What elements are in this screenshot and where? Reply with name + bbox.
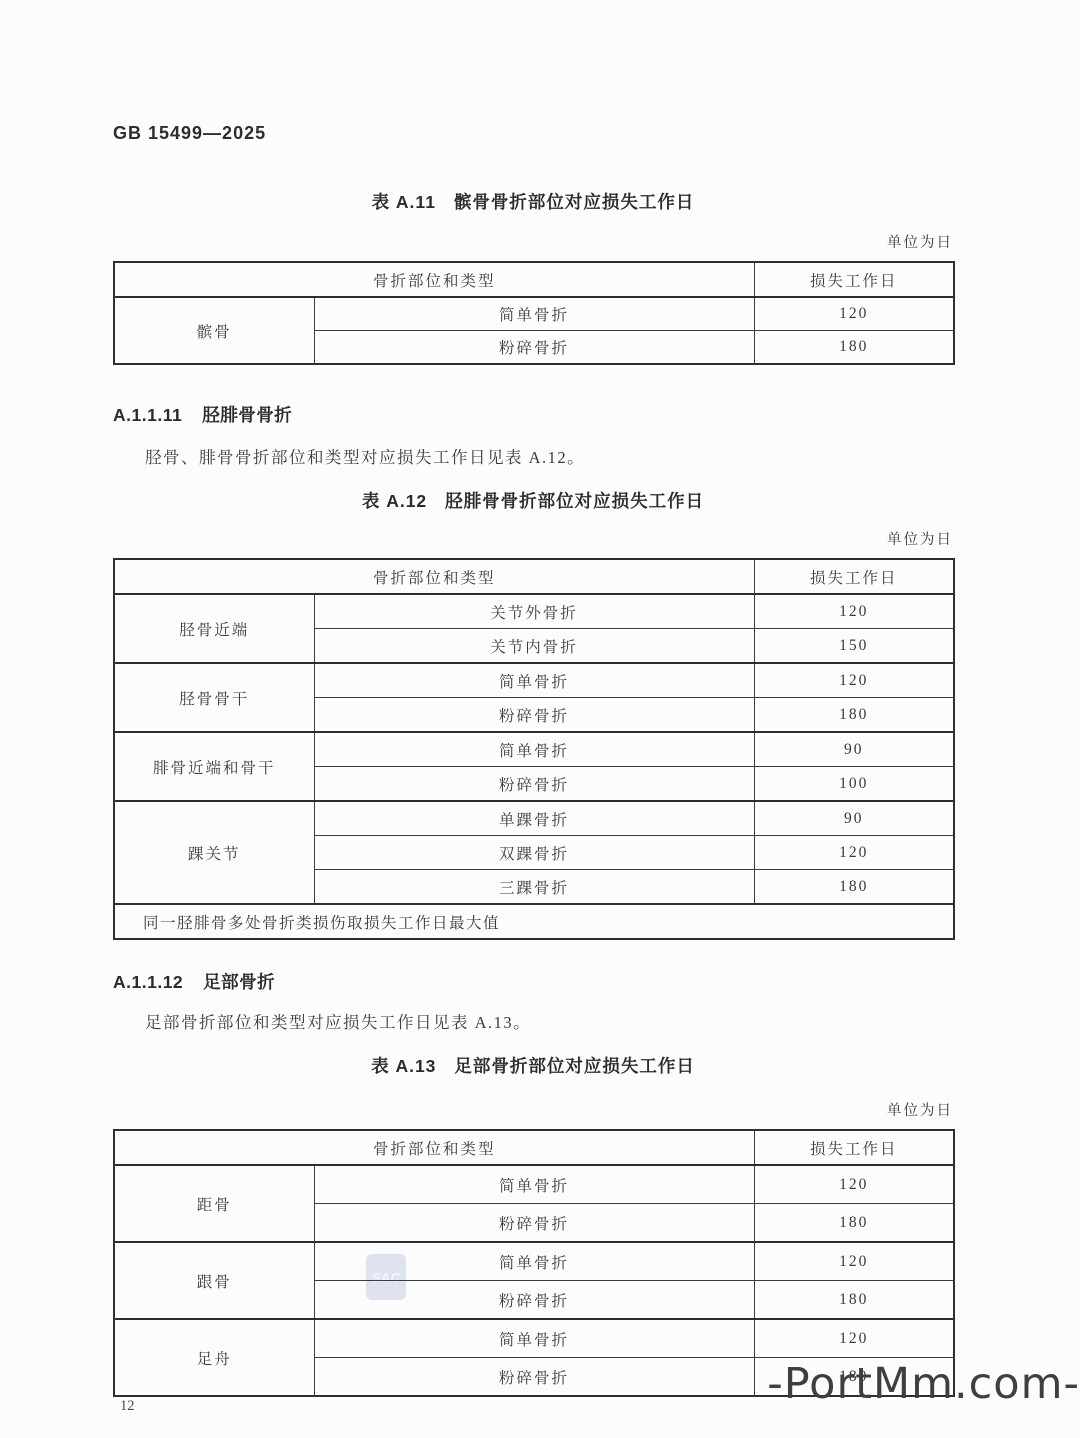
- unit-note-a12: 单位为日: [113, 531, 953, 549]
- table-row: 足舟 简单骨折 120: [114, 1319, 954, 1358]
- type-cell: 简单骨折: [314, 732, 754, 767]
- footnote-cell: 同一胫腓骨多处骨折类损伤取损失工作日最大值: [114, 904, 954, 939]
- site-cell: 胫骨骨干: [114, 663, 314, 732]
- days-cell: 180: [754, 698, 954, 733]
- site-cell: 胫骨近端: [114, 594, 314, 663]
- days-cell: 90: [754, 732, 954, 767]
- type-cell: 粉碎骨折: [314, 1204, 754, 1243]
- portmm-watermark: -PortMm.com-: [767, 1360, 1080, 1408]
- type-cell: 三踝骨折: [314, 870, 754, 905]
- col-header-part-type: 骨折部位和类型: [114, 559, 754, 594]
- type-cell: 粉碎骨折: [314, 698, 754, 733]
- days-cell: 180: [754, 1204, 954, 1243]
- days-cell: 180: [754, 1281, 954, 1320]
- table-row: 胫骨近端 关节外骨折 120: [114, 594, 954, 629]
- page-content: GB 15499—2025 表 A.11 髌骨骨折部位对应损失工作日 单位为日 …: [113, 122, 953, 1397]
- days-cell: 120: [754, 836, 954, 870]
- table-row: 胫骨骨干 简单骨折 120: [114, 663, 954, 698]
- table-footnote-row: 同一胫腓骨多处骨折类损伤取损失工作日最大值: [114, 904, 954, 939]
- section-paragraph: 胫骨、腓骨骨折部位和类型对应损失工作日见表 A.12。: [113, 447, 953, 469]
- section-paragraph: 足部骨折部位和类型对应损失工作日见表 A.13。: [113, 1012, 953, 1034]
- section-heading-a1-1-12: A.1.1.12 足部骨折: [113, 970, 953, 994]
- type-cell: 简单骨折: [314, 663, 754, 698]
- type-cell: 双踝骨折: [314, 836, 754, 870]
- col-header-lost-days: 损失工作日: [754, 559, 954, 594]
- document-code: GB 15499—2025: [113, 122, 953, 144]
- page-number: 12: [120, 1398, 135, 1415]
- site-cell: 足舟: [114, 1319, 314, 1396]
- section-title: 足部骨折: [203, 970, 275, 994]
- table-a12: 骨折部位和类型 损失工作日 胫骨近端 关节外骨折 120 关节内骨折 150 胫…: [113, 558, 955, 940]
- type-cell: 简单骨折: [314, 1319, 754, 1358]
- type-cell: 粉碎骨折: [314, 1358, 754, 1397]
- col-header-part-type: 骨折部位和类型: [114, 1130, 754, 1165]
- table-a13-caption: 表 A.13 足部骨折部位对应损失工作日: [113, 1054, 953, 1078]
- table-row: 距骨 简单骨折 120: [114, 1165, 954, 1204]
- col-header-lost-days: 损失工作日: [754, 262, 954, 297]
- type-cell: 简单骨折: [314, 1165, 754, 1204]
- type-cell: 关节外骨折: [314, 594, 754, 629]
- table-a13-title-text: 足部骨折部位对应损失工作日: [454, 1054, 695, 1078]
- days-cell: 180: [754, 870, 954, 905]
- site-cell: 距骨: [114, 1165, 314, 1242]
- site-cell: 踝关节: [114, 801, 314, 904]
- days-cell: 120: [754, 594, 954, 629]
- table-row: 踝关节 单踝骨折 90: [114, 801, 954, 836]
- site-cell: 髌骨: [114, 297, 314, 364]
- table-a11-caption: 表 A.11 髌骨骨折部位对应损失工作日: [113, 190, 953, 214]
- days-cell: 120: [754, 1242, 954, 1281]
- site-cell: 跟骨: [114, 1242, 314, 1319]
- days-cell: 150: [754, 629, 954, 664]
- days-cell: 120: [754, 297, 954, 331]
- unit-note-a11: 单位为日: [113, 234, 953, 252]
- days-cell: 120: [754, 1319, 954, 1358]
- table-a13: 骨折部位和类型 损失工作日 距骨 简单骨折 120 粉碎骨折 180 跟骨 简单…: [113, 1129, 955, 1397]
- table-row: 腓骨近端和骨干 简单骨折 90: [114, 732, 954, 767]
- table-a12-label: 表 A.12: [362, 489, 427, 513]
- days-cell: 90: [754, 801, 954, 836]
- col-header-part-type: 骨折部位和类型: [114, 262, 754, 297]
- table-header-row: 骨折部位和类型 损失工作日: [114, 262, 954, 297]
- section-heading-a1-1-11: A.1.1.11 胫腓骨骨折: [113, 403, 953, 427]
- table-header-row: 骨折部位和类型 损失工作日: [114, 559, 954, 594]
- unit-note-a13: 单位为日: [113, 1102, 953, 1120]
- type-cell: 粉碎骨折: [314, 767, 754, 802]
- table-a11-label: 表 A.11: [372, 190, 436, 214]
- type-cell: 粉碎骨折: [314, 1281, 754, 1320]
- col-header-lost-days: 损失工作日: [754, 1130, 954, 1165]
- days-cell: 120: [754, 663, 954, 698]
- section-number: A.1.1.12: [113, 970, 183, 994]
- days-cell: 100: [754, 767, 954, 802]
- table-a12-title-text: 胫腓骨骨折部位对应损失工作日: [445, 489, 704, 513]
- table-a11: 骨折部位和类型 损失工作日 髌骨 简单骨折 120 粉碎骨折 180: [113, 261, 955, 365]
- table-a13-label: 表 A.13: [371, 1054, 436, 1078]
- days-cell: 180: [754, 331, 954, 365]
- site-cell: 腓骨近端和骨干: [114, 732, 314, 801]
- type-cell: 单踝骨折: [314, 801, 754, 836]
- table-row: 髌骨 简单骨折 120: [114, 297, 954, 331]
- section-title: 胫腓骨骨折: [202, 403, 292, 427]
- section-number: A.1.1.11: [113, 403, 182, 427]
- table-row: 跟骨 简单骨折 120: [114, 1242, 954, 1281]
- type-cell: 关节内骨折: [314, 629, 754, 664]
- type-cell: 简单骨折: [314, 297, 754, 331]
- type-cell: 粉碎骨折: [314, 331, 754, 365]
- table-a11-title-text: 髌骨骨折部位对应损失工作日: [454, 190, 695, 214]
- table-a12-caption: 表 A.12 胫腓骨骨折部位对应损失工作日: [113, 489, 953, 513]
- table-header-row: 骨折部位和类型 损失工作日: [114, 1130, 954, 1165]
- days-cell: 120: [754, 1165, 954, 1204]
- type-cell: 简单骨折: [314, 1242, 754, 1281]
